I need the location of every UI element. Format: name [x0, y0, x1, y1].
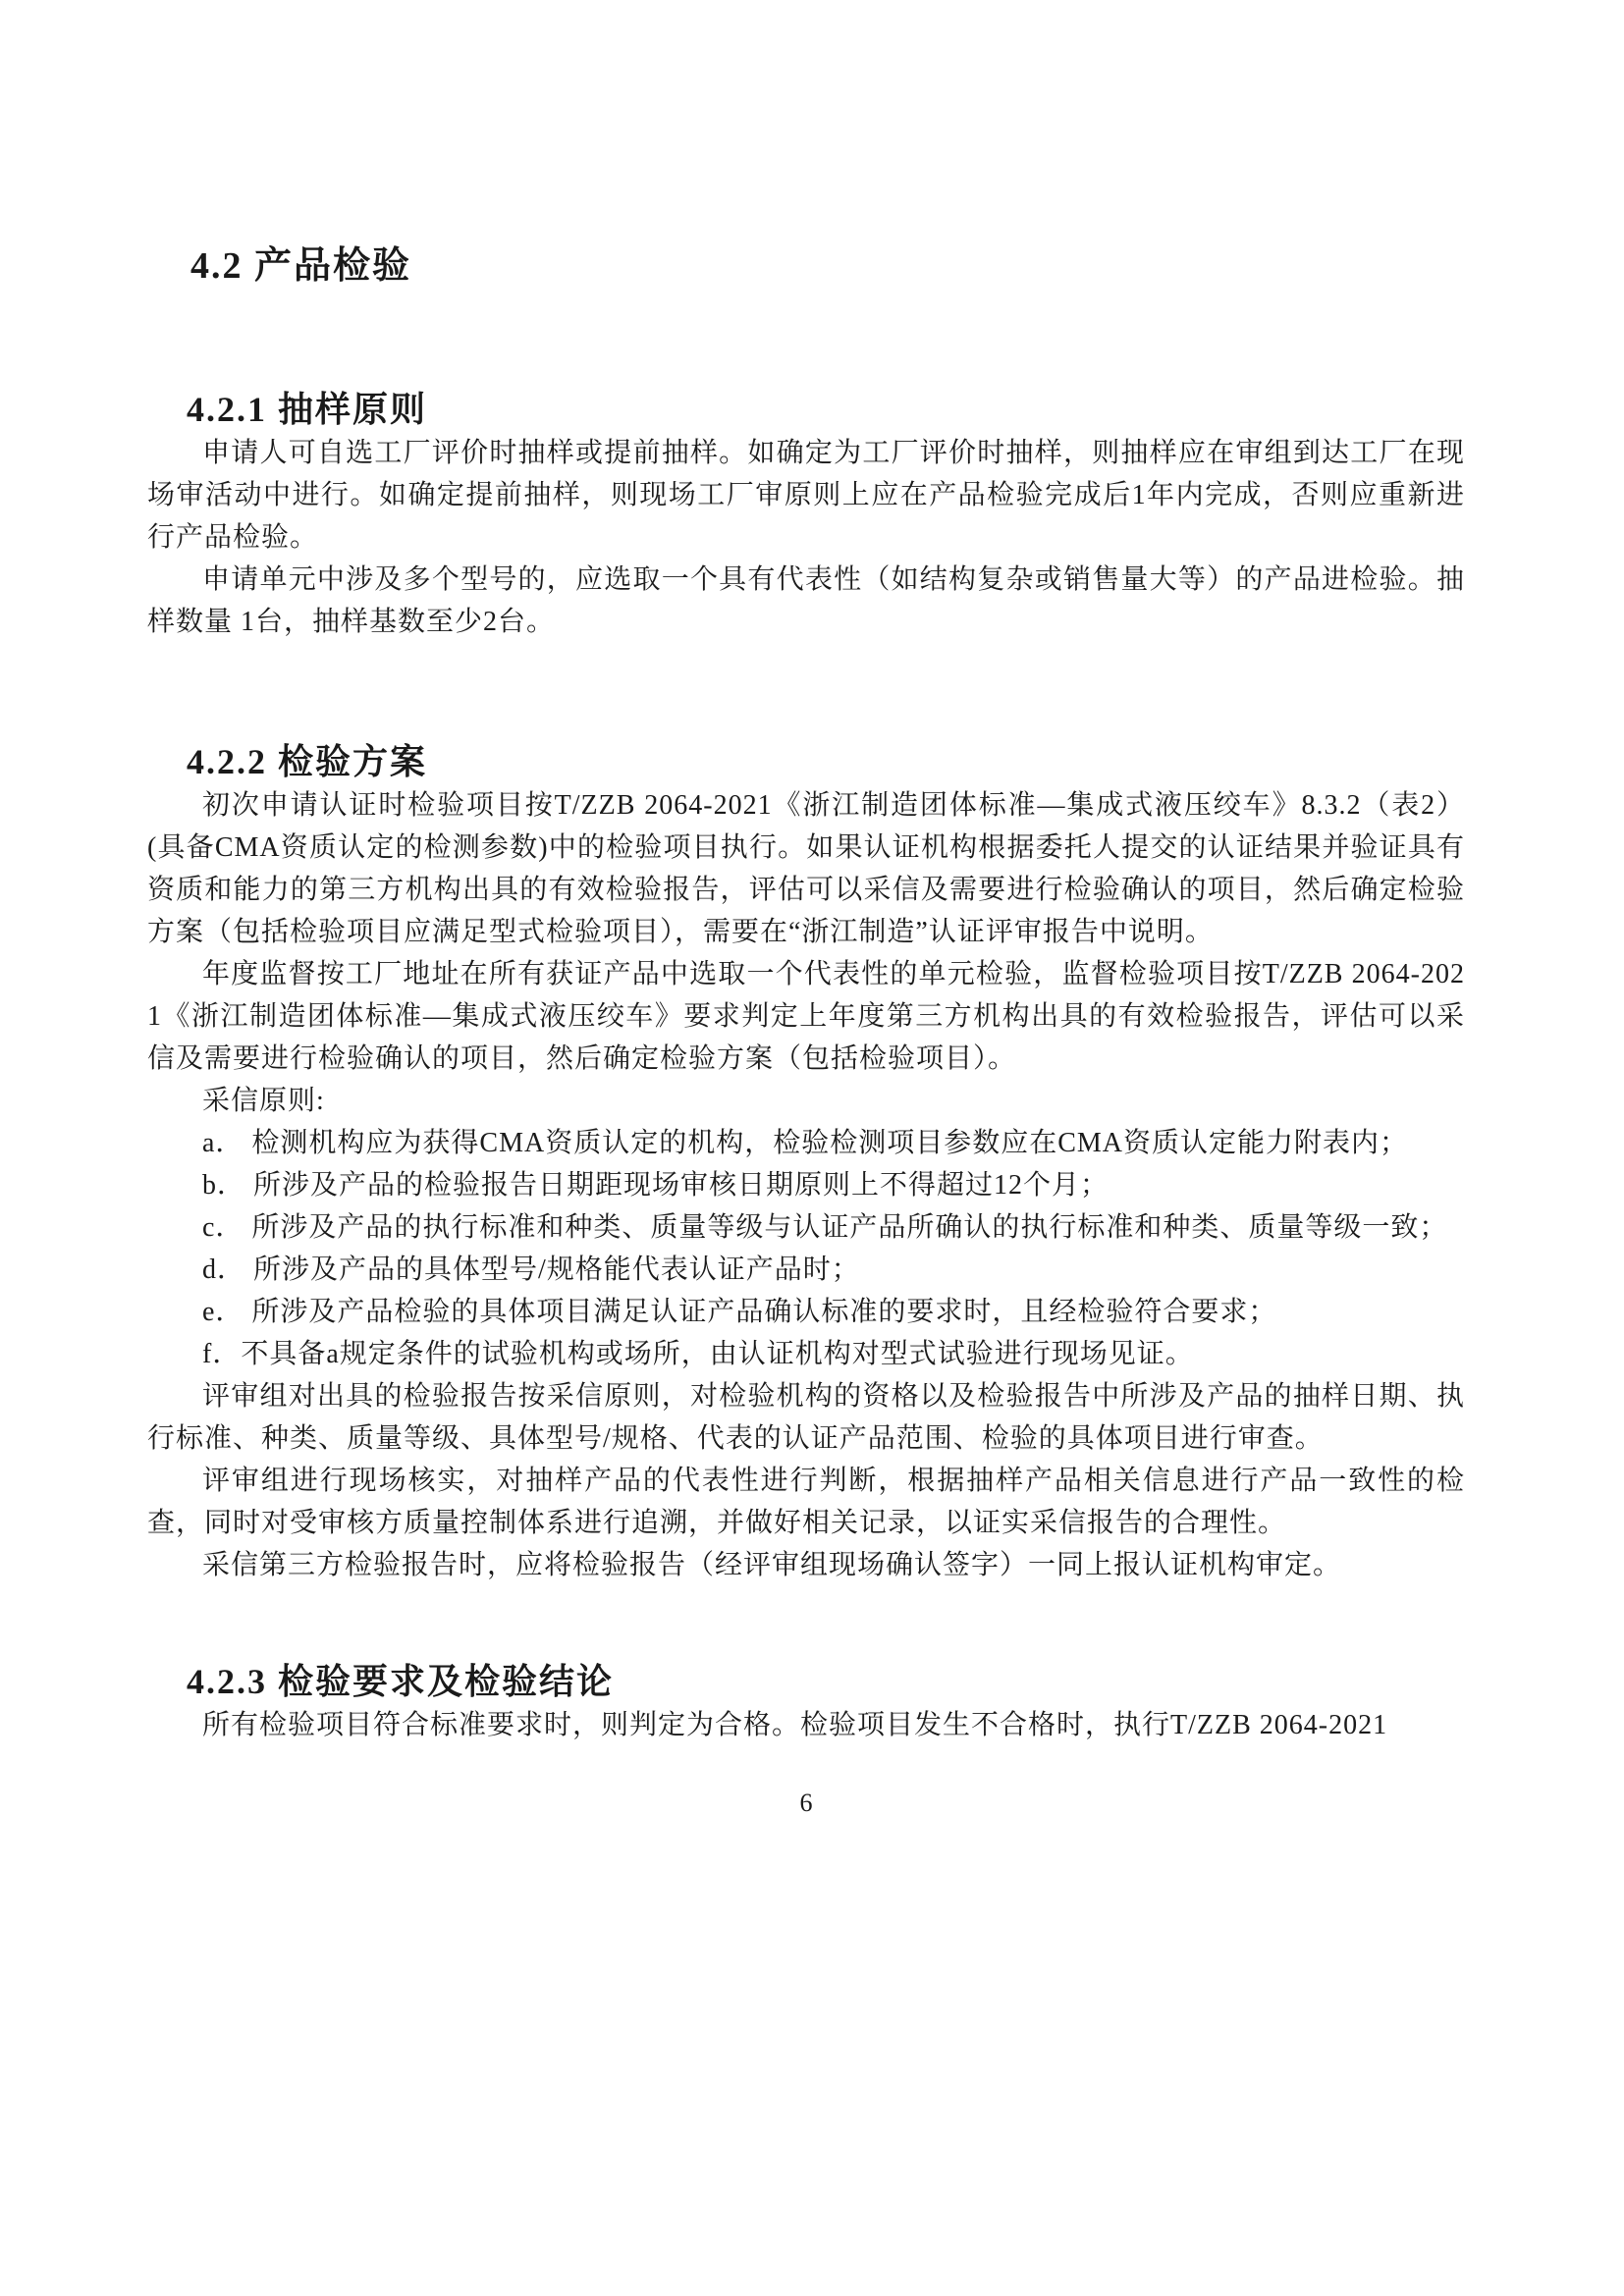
heading-4-2-3-inspection-requirements: 4.2.3 检验要求及检验结论 [147, 1659, 1465, 1704]
paragraph-initial-certification: 初次申请认证时检验项目按T/ZZB 2064-2021《浙江制造团体标准—集成式… [147, 784, 1465, 953]
list-item-b: b． 所涉及产品的检验报告日期距现场审核日期原则上不得超过12个月； [147, 1164, 1465, 1206]
heading-4-2-1-sampling-principle: 4.2.1 抽样原则 [147, 387, 1465, 432]
paragraph-review-team-report-check: 评审组对出具的检验报告按采信原则，对检验机构的资格以及检验报告中所涉及产品的抽样… [147, 1375, 1465, 1460]
paragraph-sampling-timing: 申请人可自选工厂评价时抽样或提前抽样。如确定为工厂评价时抽样，则抽样应在审组到达… [147, 432, 1465, 559]
paragraph-sampling-quantity: 申请单元中涉及多个型号的，应选取一个具有代表性（如结构复杂或销售量大等）的产品进… [147, 559, 1465, 643]
list-item-d: d． 所涉及产品的具体型号/规格能代表认证产品时； [147, 1249, 1465, 1291]
list-item-f: f．不具备a规定条件的试验机构或场所，由认证机构对型式试验进行现场见证。 [147, 1333, 1465, 1375]
paragraph-third-party-report-submission: 采信第三方检验报告时，应将检验报告（经评审组现场确认签字）一同上报认证机构审定。 [147, 1544, 1465, 1586]
heading-4-2-product-inspection: 4.2 产品检验 [147, 243, 1465, 289]
paragraph-annual-supervision: 年度监督按工厂地址在所有获证产品中选取一个代表性的单元检验，监督检验项目按T/Z… [147, 953, 1465, 1080]
document-page: 4.2 产品检验 4.2.1 抽样原则 申请人可自选工厂评价时抽样或提前抽样。如… [0, 0, 1624, 2296]
paragraph-inspection-conclusion: 所有检验项目符合标准要求时，则判定为合格。检验项目发生不合格时，执行T/ZZB … [147, 1704, 1465, 1746]
heading-4-2-2-inspection-plan: 4.2.2 检验方案 [147, 739, 1465, 784]
page-number: 6 [147, 1788, 1465, 1819]
list-item-c: c． 所涉及产品的执行标准和种类、质量等级与认证产品所确认的执行标准和种类、质量… [147, 1206, 1465, 1249]
paragraph-acceptance-principle-label: 采信原则: [147, 1080, 1465, 1122]
paragraph-onsite-verification: 评审组进行现场核实，对抽样产品的代表性进行判断，根据抽样产品相关信息进行产品一致… [147, 1460, 1465, 1544]
list-item-e: e． 所涉及产品检验的具体项目满足认证产品确认标准的要求时，且经检验符合要求； [147, 1291, 1465, 1333]
list-item-a: a． 检测机构应为获得CMA资质认定的机构，检验检测项目参数应在CMA资质认定能… [147, 1122, 1465, 1164]
